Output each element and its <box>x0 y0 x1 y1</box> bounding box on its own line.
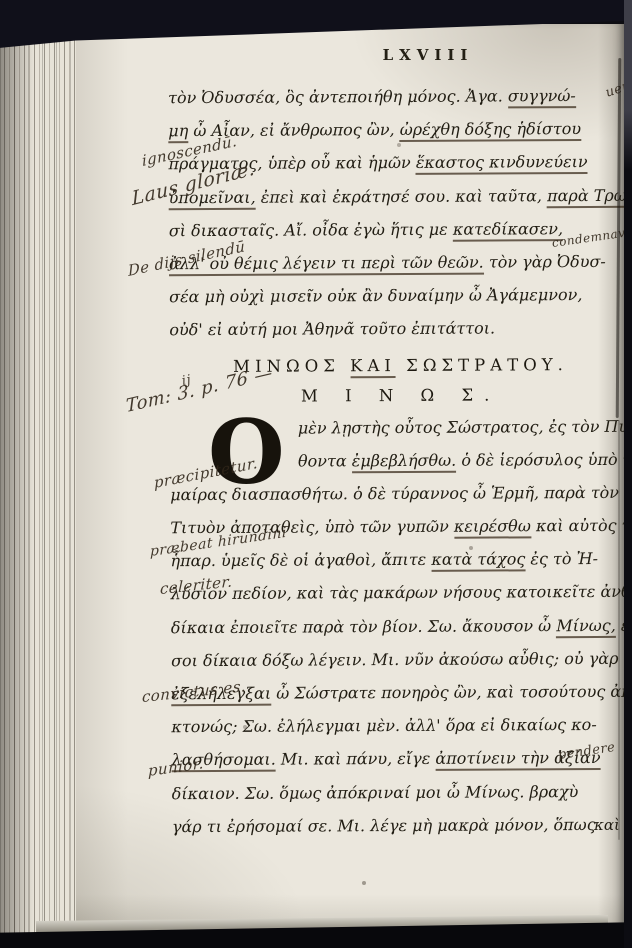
text-segment: κτονώς; Σω. ἐλήλεγμαι μὲν. ἀλλ' ὅρα εἰ δ… <box>171 715 596 736</box>
greek-line: οὐδ' εἰ αὐτή μοι Ἀθηνᾶ τοῦτο ἐπιτάττοι. <box>169 311 631 347</box>
text-segment: μὲν λῃστὴς οὗτος Σώστρατος, ἐς τὸν Πυριφ… <box>298 416 632 437</box>
text-segment: δίκαιον. Σω. ὅμως ἀπόκριναί μοι ὦ Μίνως.… <box>172 782 579 803</box>
folio-number: LXVIII <box>208 46 632 64</box>
text-segment: ἐμβεβλήσθω. <box>352 450 457 473</box>
text-segment: τὸν γὰρ Ὀδυσ- <box>484 252 606 272</box>
text-segment: ἧπαρ. ὑμεῖς δὲ οἱ ἀγαθοὶ, ἄπιτε <box>170 550 431 570</box>
text-segment: καὶ αὐτὸς τὸ <box>531 516 632 536</box>
text-segment: ἕκαστος κινδυνεύειν <box>416 152 588 175</box>
greek-line: λύσιον πεδίον, καὶ τὰς μακάρων νήσους κα… <box>171 575 632 611</box>
text-segment: δίκαια ἐποιεῖτε παρὰ τὸν βίον. Σω. ἄκουσ… <box>171 616 557 637</box>
text-segment: λύσιον πεδίον, καὶ τὰς μακάρων νήσους κα… <box>171 582 632 604</box>
drop-cap-initial: O <box>208 406 285 498</box>
greek-line: κτονώς; Σω. ἐλήλεγμαι μὲν. ἀλλ' ὅρα εἰ δ… <box>171 708 632 744</box>
greek-line: τὸν Ὀδυσσέα, ὃς ἀντεποιήθη μόνος. Ἀγα. σ… <box>168 79 630 115</box>
page-right-edge-shadow-lower <box>618 420 620 840</box>
greek-line: δίκαιον. Σω. ὅμως ἀπόκριναί μοι ὦ Μίνως.… <box>172 774 632 810</box>
photo-background-right <box>624 0 632 948</box>
text-segment: ὠρέχθη δόξης ἡδίστου <box>400 119 581 142</box>
greek-line: σέα μὴ οὐχὶ μισεῖν οὐκ ἂν δυναίμην ὦ Ἀγά… <box>169 278 631 314</box>
greek-line: σοι δίκαια δόξω λέγειν. Μι. νῦν ἀκούσω α… <box>171 642 632 678</box>
text-segment: ὁ δὲ ἱερόσυλος ὑπὸ τῆς Χι- <box>456 449 632 469</box>
text-segment: σέα μὴ οὐχὶ μισεῖν οὐκ ἂν δυναίμην ὦ Ἀγά… <box>169 285 582 306</box>
text-segment: κατὰ τάχος <box>431 550 525 572</box>
catchword: καὶ <box>594 816 620 834</box>
book-fore-edge-pages <box>0 30 76 948</box>
greek-line: γάρ τι ἐρήσομαί σε. Μι. λέγε μὴ μακρὰ μό… <box>172 808 632 844</box>
text-segment: Μι. καὶ πάνυ, εἴγε <box>276 749 436 769</box>
text-segment: κειρέσθω <box>454 516 531 538</box>
text-segment: μη <box>168 121 188 143</box>
greek-line: δίκαια ἐποιεῖτε παρὰ τὸν βίον. Σω. ἄκουσ… <box>171 608 632 644</box>
book-page: LXVIII τὸν Ὀδυσσέα, ὃς ἀντεποιήθη μόνος.… <box>58 24 624 940</box>
text-segment: Μίνως, <box>556 616 616 638</box>
text-segment: ὦ Σώστρατε πονηρὸς ὢν, καὶ τοσούτους ἀπε… <box>271 682 632 703</box>
greek-line: μη ὦ Αἶαν, εἰ ἄνθρωπος ὢν, ὠρέχθη δόξης … <box>168 112 630 148</box>
text-segment: ἐπεὶ καὶ ἐκράτησέ σου. καὶ ταῦτα, <box>256 186 548 207</box>
text-segment: κατεδίκασεν, <box>453 219 563 242</box>
text-segment: τὸν Ὀδυσσέα, ὃς ἀντεποιήθη μόνος. Ἀγα. <box>168 86 508 107</box>
text-segment: ΚΑΙ <box>350 356 396 378</box>
text-segment: σὶ δικασταῖς. Αἴ. οἶδα ἐγὼ ἥτις με <box>169 219 453 239</box>
text-segment: ἐς τὸ Ἠ- <box>525 549 598 568</box>
text-segment: οὐδ' εἰ αὐτή μοι Ἀθηνᾶ τοῦτο ἐπιτάττοι. <box>169 319 495 340</box>
text-segment: γάρ τι ἐρήσομαί σε. Μι. λέγε μὴ μακρὰ μό… <box>172 815 596 836</box>
text-segment: ΣΩΣΤΡΑΤΟΥ. <box>396 355 568 375</box>
text-segment: συγγνώ- <box>508 86 576 108</box>
book-photo: LXVIII τὸν Ὀδυσσέα, ὃς ἀντεποιήθη μόνος.… <box>0 0 632 948</box>
text-segment: θοντα <box>298 451 352 470</box>
text-segment: σοι δίκαια δόξω λέγειν. Μι. νῦν ἀκούσω α… <box>171 649 619 670</box>
